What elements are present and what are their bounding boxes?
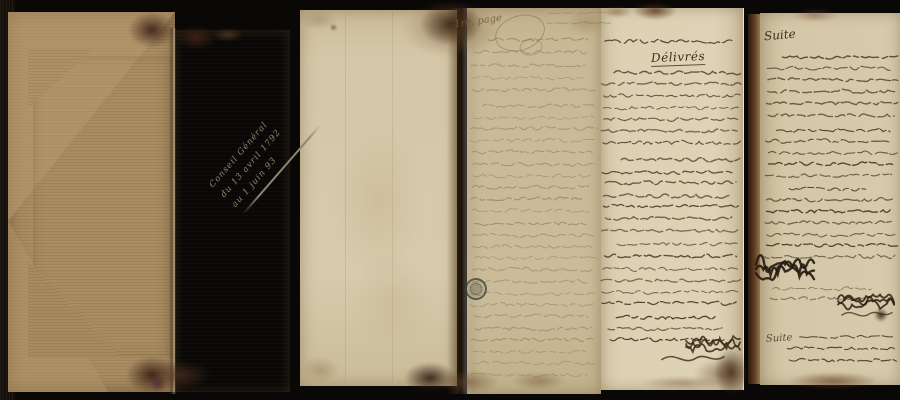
blank-verso-page [300,10,457,386]
first-manuscript-page [467,8,601,394]
endpaper-right [175,30,290,392]
page-crease [392,12,393,382]
spread-gutter-shadow [447,8,473,394]
deliberation-page [601,8,744,390]
page-crease [345,14,346,382]
manuscript-scan: Conseil Général du 13 avril 1792 au 1 ju… [0,0,900,400]
suite-page [760,13,900,385]
